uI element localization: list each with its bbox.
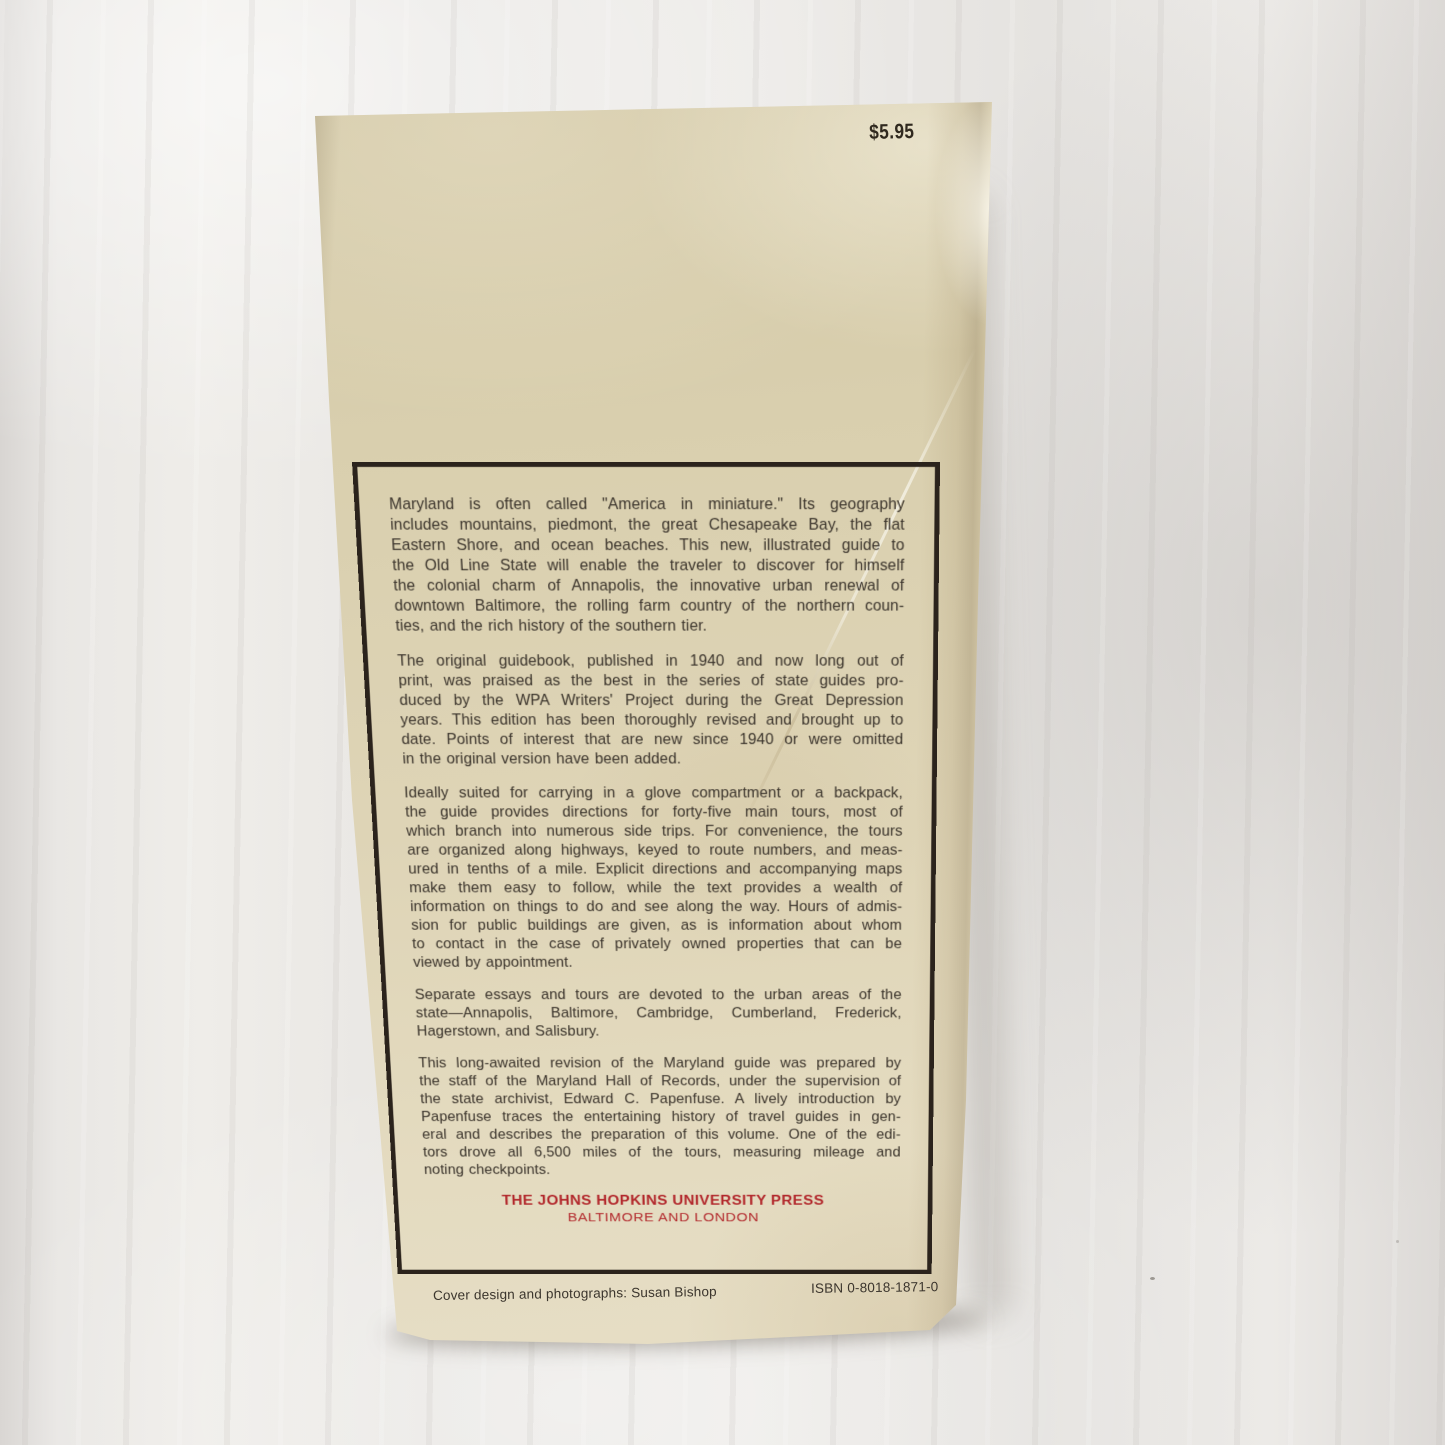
text-line: in the original version have been added.	[402, 750, 903, 769]
text-line: Maryland is often called "America in min…	[389, 494, 905, 515]
text-line: the staff of the Maryland Hall of Record…	[419, 1073, 901, 1091]
text-line: the guide provides directions for forty-…	[405, 803, 903, 822]
text-line: state—Annapolis, Baltimore, Cambridge, C…	[415, 1004, 901, 1022]
text-line: includes mountains, piedmont, the great …	[390, 515, 905, 535]
paragraph: The original guidebook, published in 194…	[397, 651, 904, 769]
fabric-speck	[1150, 1277, 1155, 1280]
text-line: Separate essays and tours are devoted to…	[414, 986, 901, 1004]
text-line: The original guidebook, published in 194…	[397, 651, 904, 671]
text-line: ured in tenths of a mile. Explicit direc…	[408, 860, 903, 879]
paragraph: This long-awaited revision of the Maryla…	[418, 1055, 901, 1179]
text-line: print, was praised as the best in the se…	[398, 671, 904, 691]
text-line: duced by the WPA Writers' Project during…	[399, 691, 904, 711]
text-line: the colonial charm of Annapolis, the inn…	[393, 576, 904, 596]
text-line: information on things to do and see alon…	[410, 898, 902, 917]
text-line: eral and describes the preparation of th…	[422, 1126, 901, 1144]
text-line: noting checkpoints.	[424, 1161, 901, 1179]
text-line: ties, and the rich history of the southe…	[395, 616, 904, 636]
fabric-speck	[1396, 1240, 1399, 1243]
cover-design-credit: Cover design and photographs: Susan Bish…	[433, 1284, 717, 1303]
text-line: years. This edition has been thoroughly …	[400, 711, 903, 731]
price-label: $5.95	[869, 120, 915, 145]
text-line: downtown Baltimore, the rolling farm cou…	[394, 596, 904, 616]
text-line: Papenfuse traces the entertaining histor…	[421, 1108, 901, 1126]
text-line: the Old Line State will enable the trave…	[392, 556, 905, 576]
text-line: tors drove all 6,500 miles of the tours,…	[423, 1144, 901, 1162]
text-frame-border: Maryland is often called "America in min…	[352, 462, 940, 1274]
text-line: the state archivist, Edward C. Papenfuse…	[420, 1090, 901, 1108]
text-line: sion for public buildings are given, as …	[411, 916, 902, 935]
back-cover-paragraphs: Maryland is often called "America in min…	[389, 494, 905, 1179]
text-line: Hagerstown, and Salisbury.	[416, 1023, 901, 1041]
text-line: which branch into numerous side trips. F…	[406, 822, 903, 841]
publisher-block: THE JOHNS HOPKINS UNIVERSITY PRESS BALTI…	[425, 1192, 900, 1226]
isbn-number: ISBN 0-8018-1871-0	[811, 1279, 939, 1296]
text-line: viewed by appointment.	[413, 954, 902, 972]
paragraph: Maryland is often called "America in min…	[389, 494, 905, 636]
publisher-name: THE JOHNS HOPKINS UNIVERSITY PRESS	[425, 1192, 900, 1209]
paragraph: Separate essays and tours are devoted to…	[414, 986, 901, 1041]
paragraph: Ideally suited for carrying in a glove c…	[404, 784, 903, 972]
text-line: date. Points of interest that are new si…	[401, 730, 903, 749]
text-line: This long-awaited revision of the Maryla…	[418, 1055, 901, 1073]
text-line: make them easy to follow, while the text…	[409, 879, 903, 898]
text-line: to contact in the case of privately owne…	[412, 935, 902, 954]
publisher-location: BALTIMORE AND LONDON	[426, 1210, 900, 1227]
text-block-wrap: Maryland is often called "America in min…	[352, 462, 940, 1274]
text-line: Eastern Shore, and ocean beaches. This n…	[391, 535, 905, 555]
fabric-backdrop: $5.95 Maryland is often called "America …	[0, 0, 1445, 1445]
text-line: Ideally suited for carrying in a glove c…	[404, 784, 903, 803]
text-line: are organized along highways, keyed to r…	[407, 841, 903, 860]
